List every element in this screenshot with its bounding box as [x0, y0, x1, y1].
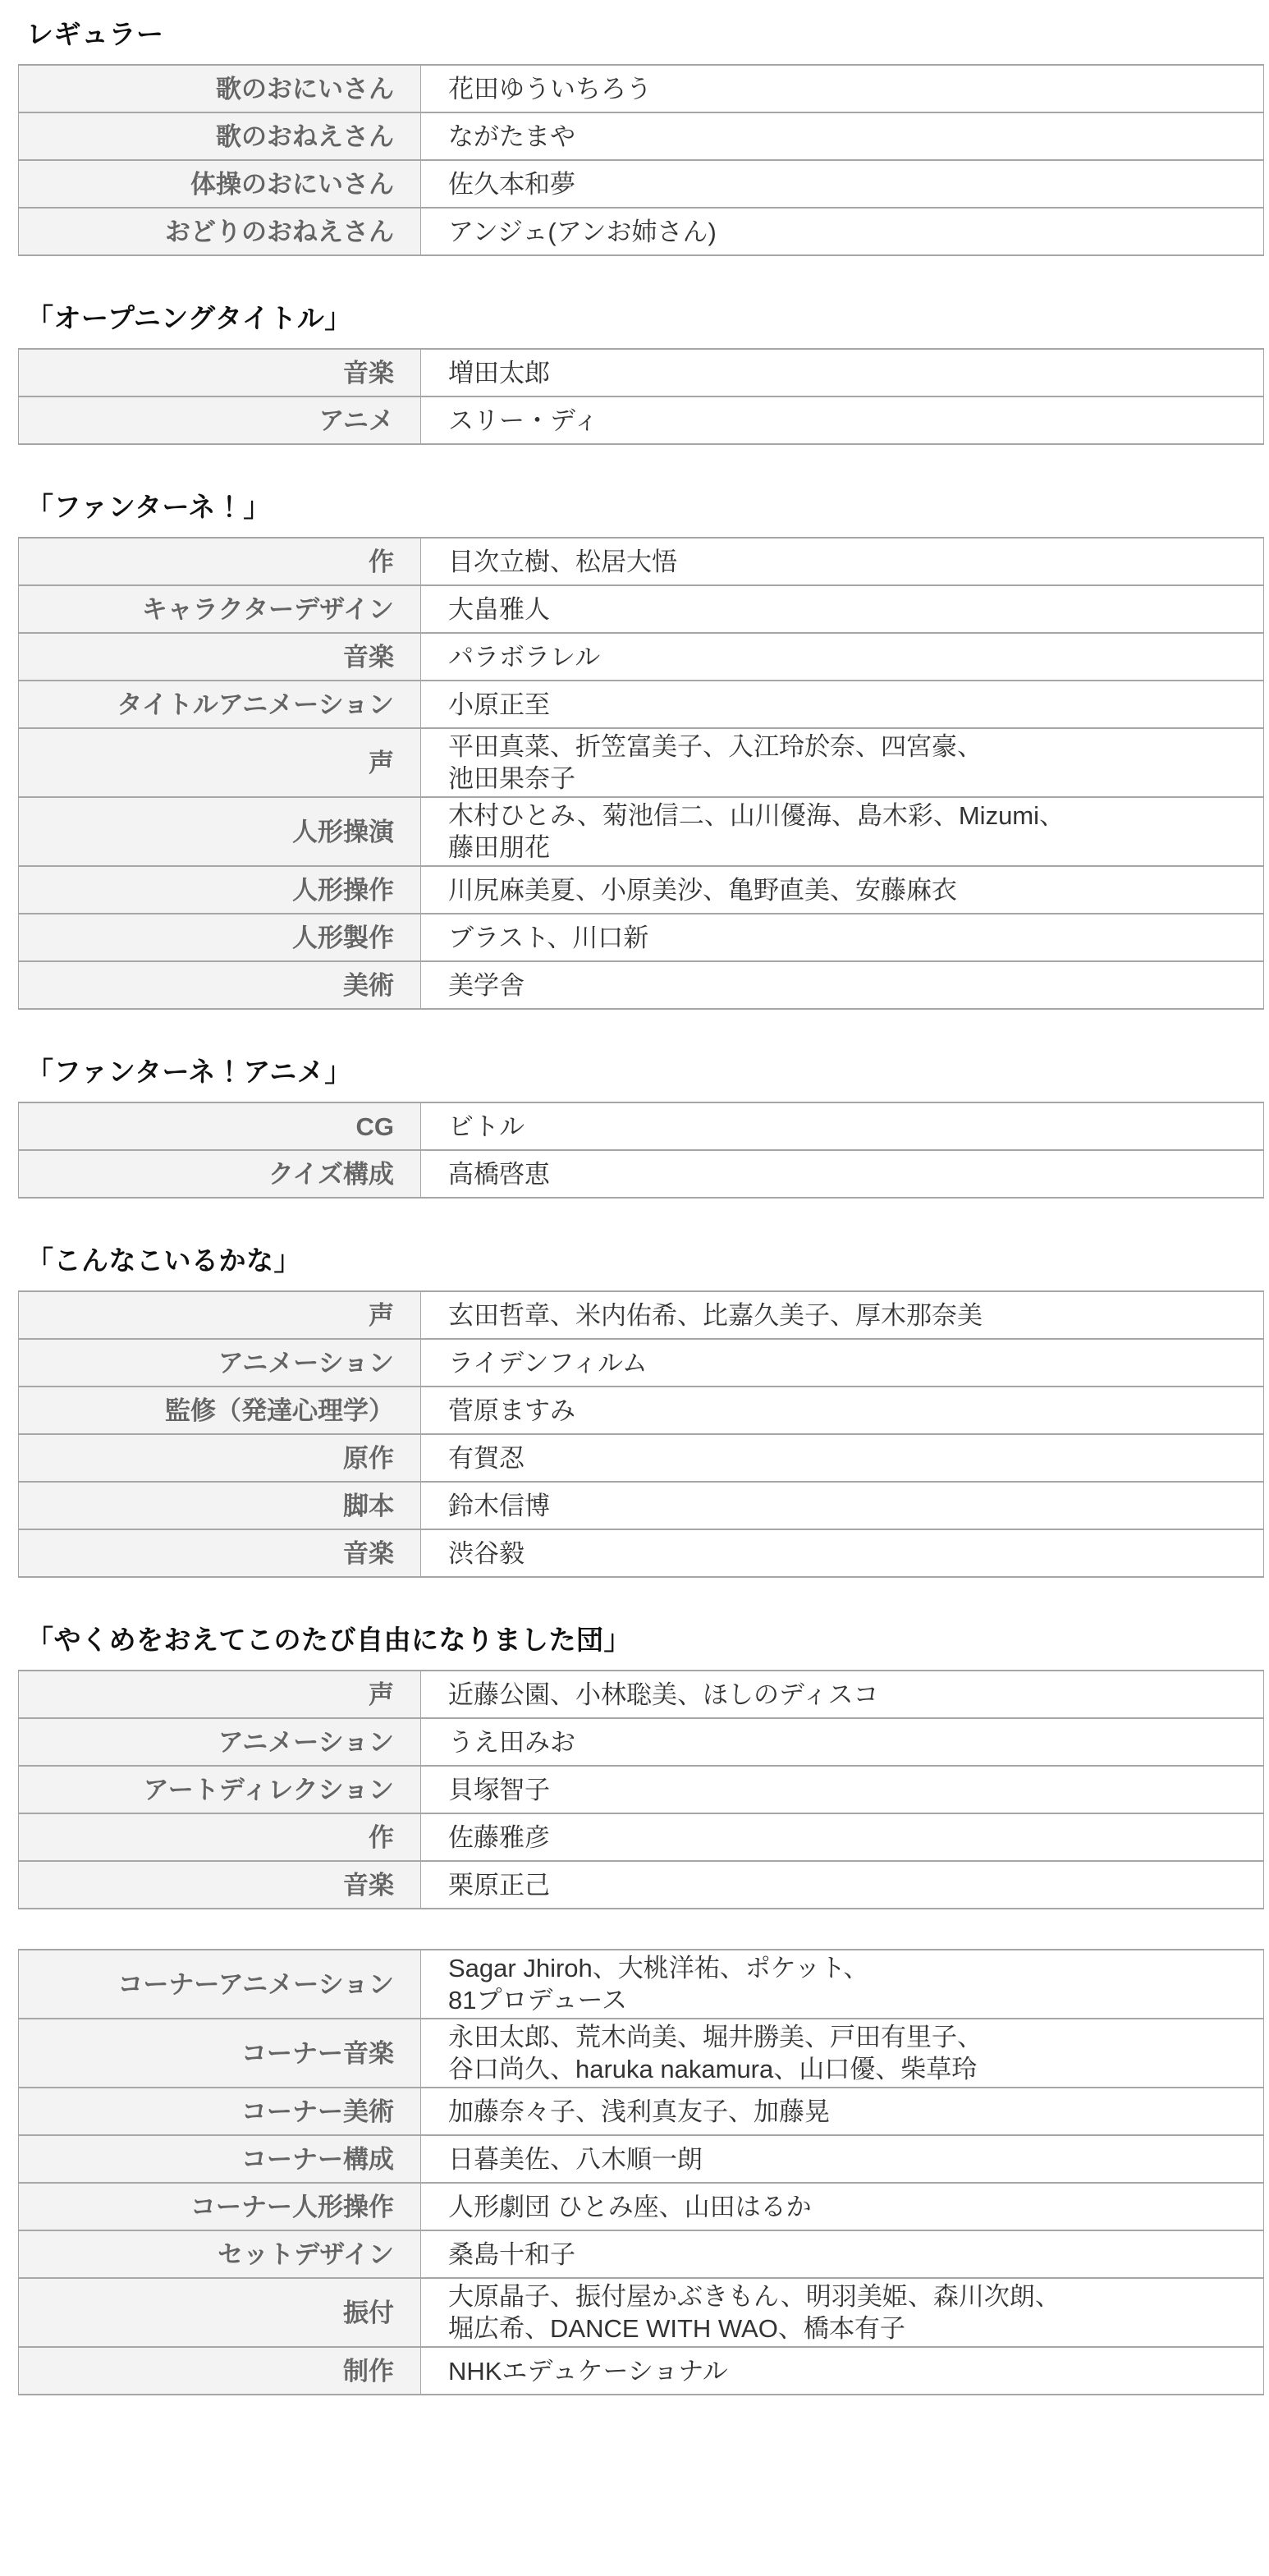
table-row: タイトルアニメーション小原正至 — [19, 681, 1264, 728]
role-cell: 音楽 — [19, 633, 421, 681]
role-cell: アニメーション — [19, 1339, 421, 1387]
table-row: 声平田真菜、折笠富美子、入江玲於奈、四宮豪、 池田果奈子 — [19, 728, 1264, 797]
section-title: 「ファンターネ！」 — [26, 491, 1264, 524]
table-row: キャラクターデザイン大畠雅人 — [19, 585, 1264, 633]
table-row: 原作有賀忍 — [19, 1434, 1264, 1482]
names-cell: 木村ひとみ、菊池信二、山川優海、島木彩、Mizumi、 藤田朋花 — [421, 797, 1264, 866]
table-row: コーナー構成日暮美佐、八木順一朗 — [19, 2135, 1264, 2183]
role-cell: 美術 — [19, 961, 421, 1009]
names-cell: 高橋啓恵 — [421, 1150, 1264, 1198]
table-row: 体操のおにいさん佐久本和夢 — [19, 160, 1264, 208]
names-cell: 玄田哲章、米内佑希、比嘉久美子、厚木那奈美 — [421, 1291, 1264, 1339]
role-cell: 人形操演 — [19, 797, 421, 866]
table-row: 声玄田哲章、米内佑希、比嘉久美子、厚木那奈美 — [19, 1291, 1264, 1339]
role-cell: コーナーアニメーション — [19, 1950, 421, 2019]
role-cell: コーナー美術 — [19, 2088, 421, 2135]
role-cell: 歌のおねえさん — [19, 112, 421, 160]
table-row: おどりのおねえさんアンジェ(アンお姉さん) — [19, 208, 1264, 255]
names-cell: 渋谷毅 — [421, 1529, 1264, 1577]
names-cell: 増田太郎 — [421, 349, 1264, 396]
names-cell: 永田太郎、荒木尚美、堀井勝美、戸田有里子、 谷口尚久、haruka nakamu… — [421, 2019, 1264, 2088]
credits-section: 「オープニングタイトル」音楽増田太郎アニメスリー・ディ — [18, 302, 1264, 445]
credits-table: 音楽増田太郎アニメスリー・ディ — [18, 348, 1264, 445]
credits-section: 「やくめをおえてこのたび自由になりました団」声近藤公園、小林聡美、ほしのディスコ… — [18, 1624, 1264, 1909]
role-cell: 声 — [19, 1671, 421, 1718]
role-cell: タイトルアニメーション — [19, 681, 421, 728]
names-cell: 加藤奈々子、浅利真友子、加藤晃 — [421, 2088, 1264, 2135]
role-cell: セットデザイン — [19, 2230, 421, 2278]
credits-section: 「ファンターネ！」作目次立樹、松居大悟キャラクターデザイン大畠雅人音楽パラボラレ… — [18, 491, 1264, 1010]
table-row: 音楽栗原正己 — [19, 1861, 1264, 1909]
names-cell: 近藤公園、小林聡美、ほしのディスコ — [421, 1671, 1264, 1718]
role-cell: キャラクターデザイン — [19, 585, 421, 633]
table-row: 声近藤公園、小林聡美、ほしのディスコ — [19, 1671, 1264, 1718]
names-cell: 貝塚智子 — [421, 1766, 1264, 1813]
names-cell: 鈴木信博 — [421, 1482, 1264, 1529]
table-row: 人形製作ブラスト、川口新 — [19, 914, 1264, 961]
names-cell: スリー・ディ — [421, 396, 1264, 444]
credits-table: コーナーアニメーションSagar Jhiroh、大桃洋祐、ポケット、 81プロデ… — [18, 1949, 1264, 2395]
credits-table: 歌のおにいさん花田ゆういちろう歌のおねえさんながたまや体操のおにいさん佐久本和夢… — [18, 64, 1264, 256]
credits-table: 作目次立樹、松居大悟キャラクターデザイン大畠雅人音楽パラボラレルタイトルアニメー… — [18, 537, 1264, 1010]
table-row: コーナー美術加藤奈々子、浅利真友子、加藤晃 — [19, 2088, 1264, 2135]
role-cell: CG — [19, 1102, 421, 1150]
table-row: 歌のおにいさん花田ゆういちろう — [19, 65, 1264, 112]
names-cell: 佐藤雅彦 — [421, 1813, 1264, 1861]
section-title: 「ファンターネ！アニメ」 — [26, 1056, 1264, 1089]
role-cell: 原作 — [19, 1434, 421, 1482]
table-row: コーナー人形操作人形劇団 ひとみ座、山田はるか — [19, 2183, 1264, 2230]
credits-section: コーナーアニメーションSagar Jhiroh、大桃洋祐、ポケット、 81プロデ… — [18, 1949, 1264, 2395]
table-row: 歌のおねえさんながたまや — [19, 112, 1264, 160]
table-row: コーナーアニメーションSagar Jhiroh、大桃洋祐、ポケット、 81プロデ… — [19, 1950, 1264, 2019]
role-cell: 音楽 — [19, 1861, 421, 1909]
table-row: アニメーションライデンフィルム — [19, 1339, 1264, 1387]
role-cell: アニメーション — [19, 1718, 421, 1766]
table-row: 音楽渋谷毅 — [19, 1529, 1264, 1577]
table-row: アニメスリー・ディ — [19, 396, 1264, 444]
names-cell: アンジェ(アンお姉さん) — [421, 208, 1264, 255]
credits-section: 「こんなこいるかな」声玄田哲章、米内佑希、比嘉久美子、厚木那奈美アニメーションラ… — [18, 1244, 1264, 1578]
names-cell: 桑島十和子 — [421, 2230, 1264, 2278]
role-cell: 体操のおにいさん — [19, 160, 421, 208]
names-cell: パラボラレル — [421, 633, 1264, 681]
names-cell: 目次立樹、松居大悟 — [421, 538, 1264, 585]
role-cell: コーナー人形操作 — [19, 2183, 421, 2230]
table-row: セットデザイン桑島十和子 — [19, 2230, 1264, 2278]
names-cell: NHKエデュケーショナル — [421, 2347, 1264, 2395]
names-cell: ライデンフィルム — [421, 1339, 1264, 1387]
names-cell: 佐久本和夢 — [421, 160, 1264, 208]
section-title: 「オープニングタイトル」 — [26, 302, 1264, 335]
role-cell: コーナー音楽 — [19, 2019, 421, 2088]
names-cell: 栗原正己 — [421, 1861, 1264, 1909]
names-cell: 川尻麻美夏、小原美沙、亀野直美、安藤麻衣 — [421, 866, 1264, 914]
role-cell: 声 — [19, 728, 421, 797]
names-cell: 花田ゆういちろう — [421, 65, 1264, 112]
credits-section: 「ファンターネ！アニメ」CGビトルクイズ構成高橋啓恵 — [18, 1056, 1264, 1199]
role-cell: 振付 — [19, 2278, 421, 2347]
names-cell: Sagar Jhiroh、大桃洋祐、ポケット、 81プロデュース — [421, 1950, 1264, 2019]
names-cell: 大原晶子、振付屋かぶきもん、明羽美姫、森川次朗、 堀広希、DANCE WITH … — [421, 2278, 1264, 2347]
table-row: 作佐藤雅彦 — [19, 1813, 1264, 1861]
names-cell: うえ田みお — [421, 1718, 1264, 1766]
table-row: 音楽パラボラレル — [19, 633, 1264, 681]
table-row: 人形操演木村ひとみ、菊池信二、山川優海、島木彩、Mizumi、 藤田朋花 — [19, 797, 1264, 866]
table-row: 脚本鈴木信博 — [19, 1482, 1264, 1529]
table-row: 監修（発達心理学）菅原ますみ — [19, 1387, 1264, 1434]
table-row: コーナー音楽永田太郎、荒木尚美、堀井勝美、戸田有里子、 谷口尚久、haruka … — [19, 2019, 1264, 2088]
table-row: CGビトル — [19, 1102, 1264, 1150]
role-cell: 音楽 — [19, 1529, 421, 1577]
role-cell: 歌のおにいさん — [19, 65, 421, 112]
section-title: レギュラー — [26, 18, 1264, 51]
role-cell: 人形製作 — [19, 914, 421, 961]
table-row: 振付大原晶子、振付屋かぶきもん、明羽美姫、森川次朗、 堀広希、DANCE WIT… — [19, 2278, 1264, 2347]
table-row: クイズ構成高橋啓恵 — [19, 1150, 1264, 1198]
role-cell: 音楽 — [19, 349, 421, 396]
role-cell: アートディレクション — [19, 1766, 421, 1813]
table-row: アートディレクション貝塚智子 — [19, 1766, 1264, 1813]
credits-section: レギュラー歌のおにいさん花田ゆういちろう歌のおねえさんながたまや体操のおにいさん… — [18, 18, 1264, 256]
names-cell: 小原正至 — [421, 681, 1264, 728]
names-cell: ブラスト、川口新 — [421, 914, 1264, 961]
role-cell: 脚本 — [19, 1482, 421, 1529]
role-cell: 声 — [19, 1291, 421, 1339]
names-cell: 有賀忍 — [421, 1434, 1264, 1482]
role-cell: 作 — [19, 1813, 421, 1861]
table-row: 音楽増田太郎 — [19, 349, 1264, 396]
names-cell: ビトル — [421, 1102, 1264, 1150]
credits-table: 声近藤公園、小林聡美、ほしのディスコアニメーションうえ田みおアートディレクション… — [18, 1670, 1264, 1909]
role-cell: クイズ構成 — [19, 1150, 421, 1198]
table-row: アニメーションうえ田みお — [19, 1718, 1264, 1766]
credits-sections: レギュラー歌のおにいさん花田ゆういちろう歌のおねえさんながたまや体操のおにいさん… — [18, 18, 1264, 2395]
section-title: 「やくめをおえてこのたび自由になりました団」 — [26, 1624, 1264, 1657]
names-cell: 平田真菜、折笠富美子、入江玲於奈、四宮豪、 池田果奈子 — [421, 728, 1264, 797]
names-cell: 菅原ますみ — [421, 1387, 1264, 1434]
names-cell: 美学舎 — [421, 961, 1264, 1009]
role-cell: 監修（発達心理学） — [19, 1387, 421, 1434]
names-cell: 大畠雅人 — [421, 585, 1264, 633]
role-cell: 制作 — [19, 2347, 421, 2395]
role-cell: アニメ — [19, 396, 421, 444]
names-cell: 日暮美佐、八木順一朗 — [421, 2135, 1264, 2183]
credits-table: CGビトルクイズ構成高橋啓恵 — [18, 1102, 1264, 1199]
section-title: 「こんなこいるかな」 — [26, 1244, 1264, 1277]
role-cell: 人形操作 — [19, 866, 421, 914]
table-row: 作目次立樹、松居大悟 — [19, 538, 1264, 585]
table-row: 制作NHKエデュケーショナル — [19, 2347, 1264, 2395]
table-row: 人形操作川尻麻美夏、小原美沙、亀野直美、安藤麻衣 — [19, 866, 1264, 914]
role-cell: コーナー構成 — [19, 2135, 421, 2183]
role-cell: 作 — [19, 538, 421, 585]
table-row: 美術美学舎 — [19, 961, 1264, 1009]
role-cell: おどりのおねえさん — [19, 208, 421, 255]
credits-page: レギュラー歌のおにいさん花田ゆういちろう歌のおねえさんながたまや体操のおにいさん… — [0, 18, 1269, 2576]
credits-table: 声玄田哲章、米内佑希、比嘉久美子、厚木那奈美アニメーションライデンフィルム監修（… — [18, 1290, 1264, 1578]
names-cell: 人形劇団 ひとみ座、山田はるか — [421, 2183, 1264, 2230]
names-cell: ながたまや — [421, 112, 1264, 160]
